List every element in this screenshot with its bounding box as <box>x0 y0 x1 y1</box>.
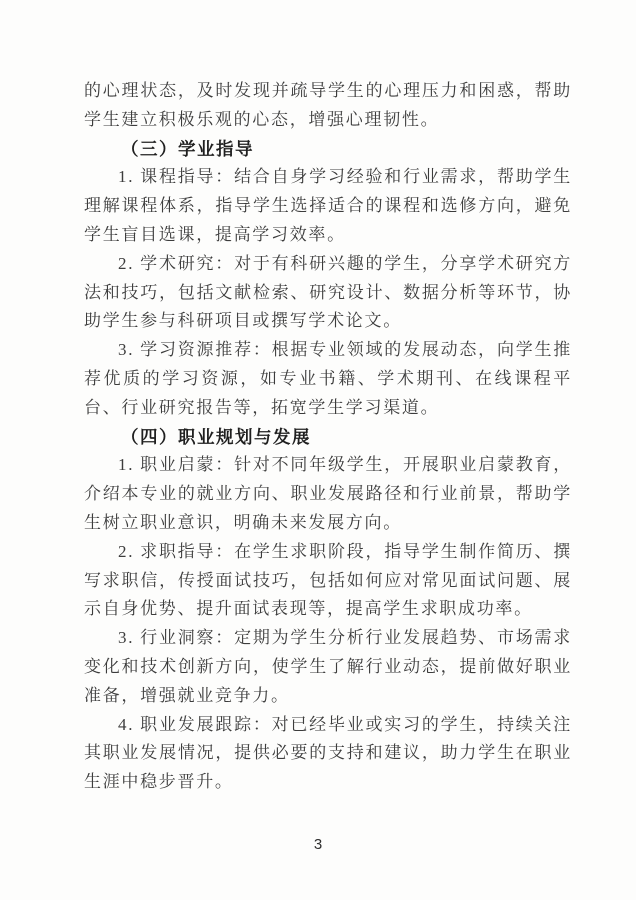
paragraph-learning-resources: 3. 学习资源推荐：根据专业领域的发展动态，向学生推荐优质的学习资源，如专业书籍… <box>84 336 572 422</box>
document-page: 的心理状态，及时发现并疏导学生的心理压力和困惑，帮助学生建立积极乐观的心态，增强… <box>0 0 636 900</box>
paragraph-academic-research: 2. 学术研究：对于有科研兴趣的学生，分享学术研究方法和技巧，包括文献检索、研究… <box>84 250 572 336</box>
section-heading-3-academic-guidance: （三）学业指导 <box>84 135 572 164</box>
section-heading-4-career-planning: （四）职业规划与发展 <box>84 423 572 452</box>
paragraph-job-hunting-guidance: 2. 求职指导：在学生求职阶段，指导学生制作简历、撰写求职信，传授面试技巧，包括… <box>84 538 572 624</box>
document-body: 的心理状态，及时发现并疏导学生的心理压力和困惑，帮助学生建立积极乐观的心态，增强… <box>84 77 572 797</box>
paragraph-psych-continued: 的心理状态，及时发现并疏导学生的心理压力和困惑，帮助学生建立积极乐观的心态，增强… <box>84 77 572 135</box>
paragraph-career-enlightenment: 1. 职业启蒙：针对不同年级学生，开展职业启蒙教育，介绍本专业的就业方向、职业发… <box>84 451 572 537</box>
paragraph-career-development-tracking: 4. 职业发展跟踪：对已经毕业或实习的学生，持续关注其职业发展情况，提供必要的支… <box>84 711 572 797</box>
page-number: 3 <box>0 836 636 853</box>
paragraph-industry-insight: 3. 行业洞察：定期为学生分析行业发展趋势、市场需求变化和技术创新方向，使学生了… <box>84 624 572 710</box>
paragraph-course-guidance: 1. 课程指导：结合自身学习经验和行业需求，帮助学生理解课程体系，指导学生选择适… <box>84 163 572 249</box>
